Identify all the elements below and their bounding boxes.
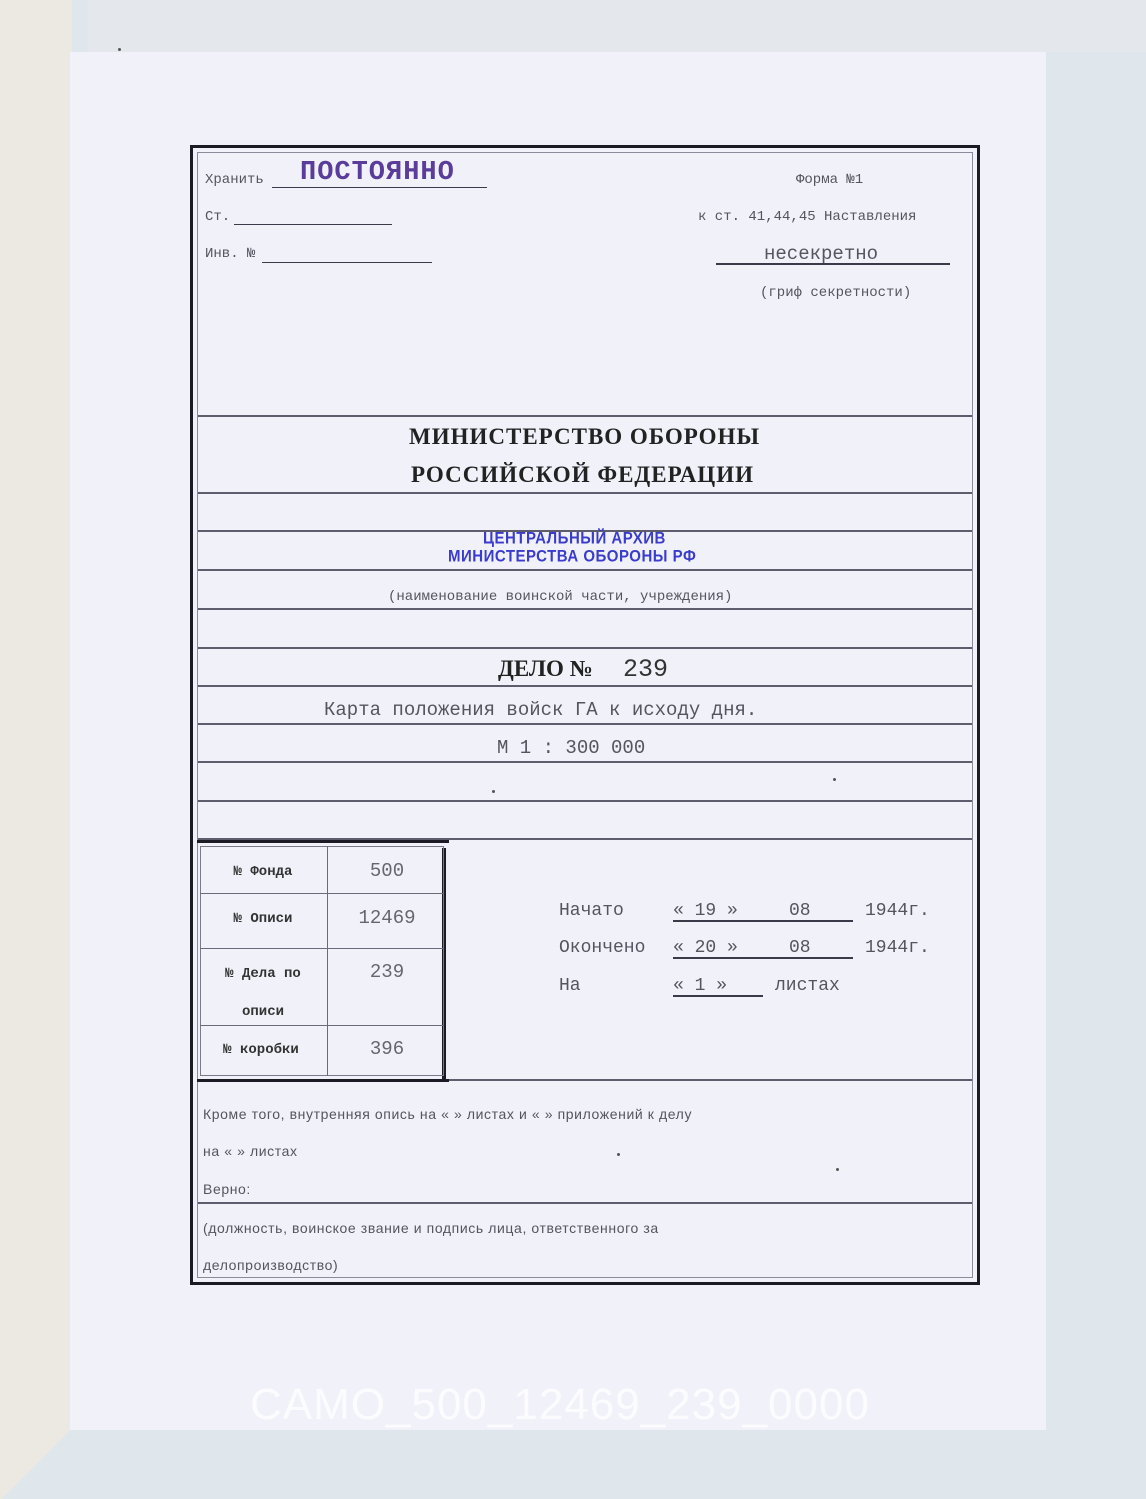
started-underline — [673, 920, 853, 922]
case-inventory-label-1: № Дела по — [199, 966, 327, 982]
rule-line — [198, 608, 972, 610]
box-label: № коробки — [197, 1042, 325, 1058]
case-scale: М 1 : 300 000 — [497, 737, 645, 759]
form-label: Форма №1 — [796, 172, 863, 188]
inventory-label: № Описи — [199, 911, 327, 927]
background-left-strip — [0, 0, 72, 1499]
responsible-line-2: делопроизводство) — [203, 1257, 338, 1273]
ended-underline — [673, 957, 853, 959]
speck — [836, 1168, 839, 1171]
secrecy-value: несекретно — [764, 243, 878, 265]
archive-stamp-line-1: ЦЕНТРАЛЬНЫЙ АРХИВ — [483, 529, 666, 548]
form-reference: к ст. 41,44,45 Наставления — [698, 209, 916, 225]
case-inventory-value: 239 — [330, 961, 444, 983]
rule-line — [198, 761, 972, 763]
box-value: 396 — [330, 1038, 444, 1060]
case-title-label: ДЕЛО № — [498, 656, 593, 682]
sheets-underline — [673, 995, 763, 997]
background-corner — [0, 1430, 72, 1499]
table-divider — [200, 893, 444, 894]
inv-label: Инв. № — [205, 246, 255, 262]
table-divider — [200, 1025, 444, 1026]
started-day: « 19 » — [673, 901, 738, 921]
fund-value: 500 — [330, 860, 444, 882]
table-divider — [200, 948, 444, 949]
rule-line — [198, 685, 972, 687]
secrecy-caption: (гриф секретности) — [760, 285, 911, 301]
table-divider — [327, 846, 328, 1076]
rule-line — [198, 723, 972, 725]
started-year: 1944г. — [865, 901, 930, 921]
speck — [492, 790, 495, 793]
responsible-line-1: (должность, воинское звание и подпись ли… — [203, 1220, 659, 1236]
ministry-line-1: МИНИСТЕРСТВО ОБОРОНЫ — [409, 424, 760, 450]
ended-day: « 20 » — [673, 938, 738, 958]
rule-line — [198, 1202, 972, 1204]
rule-line — [198, 492, 972, 494]
ended-year: 1944г. — [865, 938, 930, 958]
rule-line — [198, 647, 972, 649]
sheets-label: На — [559, 976, 581, 996]
footer-sheets-line: на « » листах — [203, 1143, 298, 1159]
keep-label: Хранить — [205, 172, 264, 188]
keep-stamp-value: ПОСТОЯННО — [300, 158, 455, 188]
inv-field — [262, 262, 432, 263]
inventory-value: 12469 — [330, 907, 444, 929]
st-label: Ст. — [205, 209, 230, 225]
sheets-value: « 1 » — [673, 976, 727, 996]
background-top-band — [88, 0, 1146, 52]
fund-label: № Фонда — [199, 864, 327, 880]
ended-month: 08 — [789, 938, 811, 958]
rule-line — [198, 569, 972, 571]
case-description: Карта положения войск ГА к исходу дня. — [324, 699, 757, 721]
case-inventory-label-2: описи — [199, 1004, 327, 1020]
speck — [833, 778, 836, 781]
archive-stamp-line-2: МИНИСТЕРСТВА ОБОРОНЫ РФ — [448, 547, 696, 566]
secrecy-underline — [716, 263, 950, 265]
file-watermark: CAMO_500_12469_239_0000 — [250, 1380, 870, 1430]
case-number: 239 — [623, 655, 668, 684]
unit-caption: (наименование воинской части, учреждения… — [388, 589, 732, 605]
ministry-line-2: РОССИЙСКОЙ ФЕДЕРАЦИИ — [411, 462, 754, 488]
verified-label: Верно: — [203, 1181, 251, 1197]
ended-label: Окончено — [559, 938, 645, 958]
speck — [617, 1153, 620, 1156]
footer-inventory-line: Кроме того, внутренняя опись на « » лист… — [203, 1106, 692, 1122]
sheets-suffix: листах — [775, 976, 840, 996]
started-label: Начато — [559, 901, 624, 921]
st-field — [234, 224, 392, 225]
started-month: 08 — [789, 901, 811, 921]
rule-line — [198, 415, 972, 417]
rule-line — [198, 800, 972, 802]
speck — [118, 48, 121, 51]
